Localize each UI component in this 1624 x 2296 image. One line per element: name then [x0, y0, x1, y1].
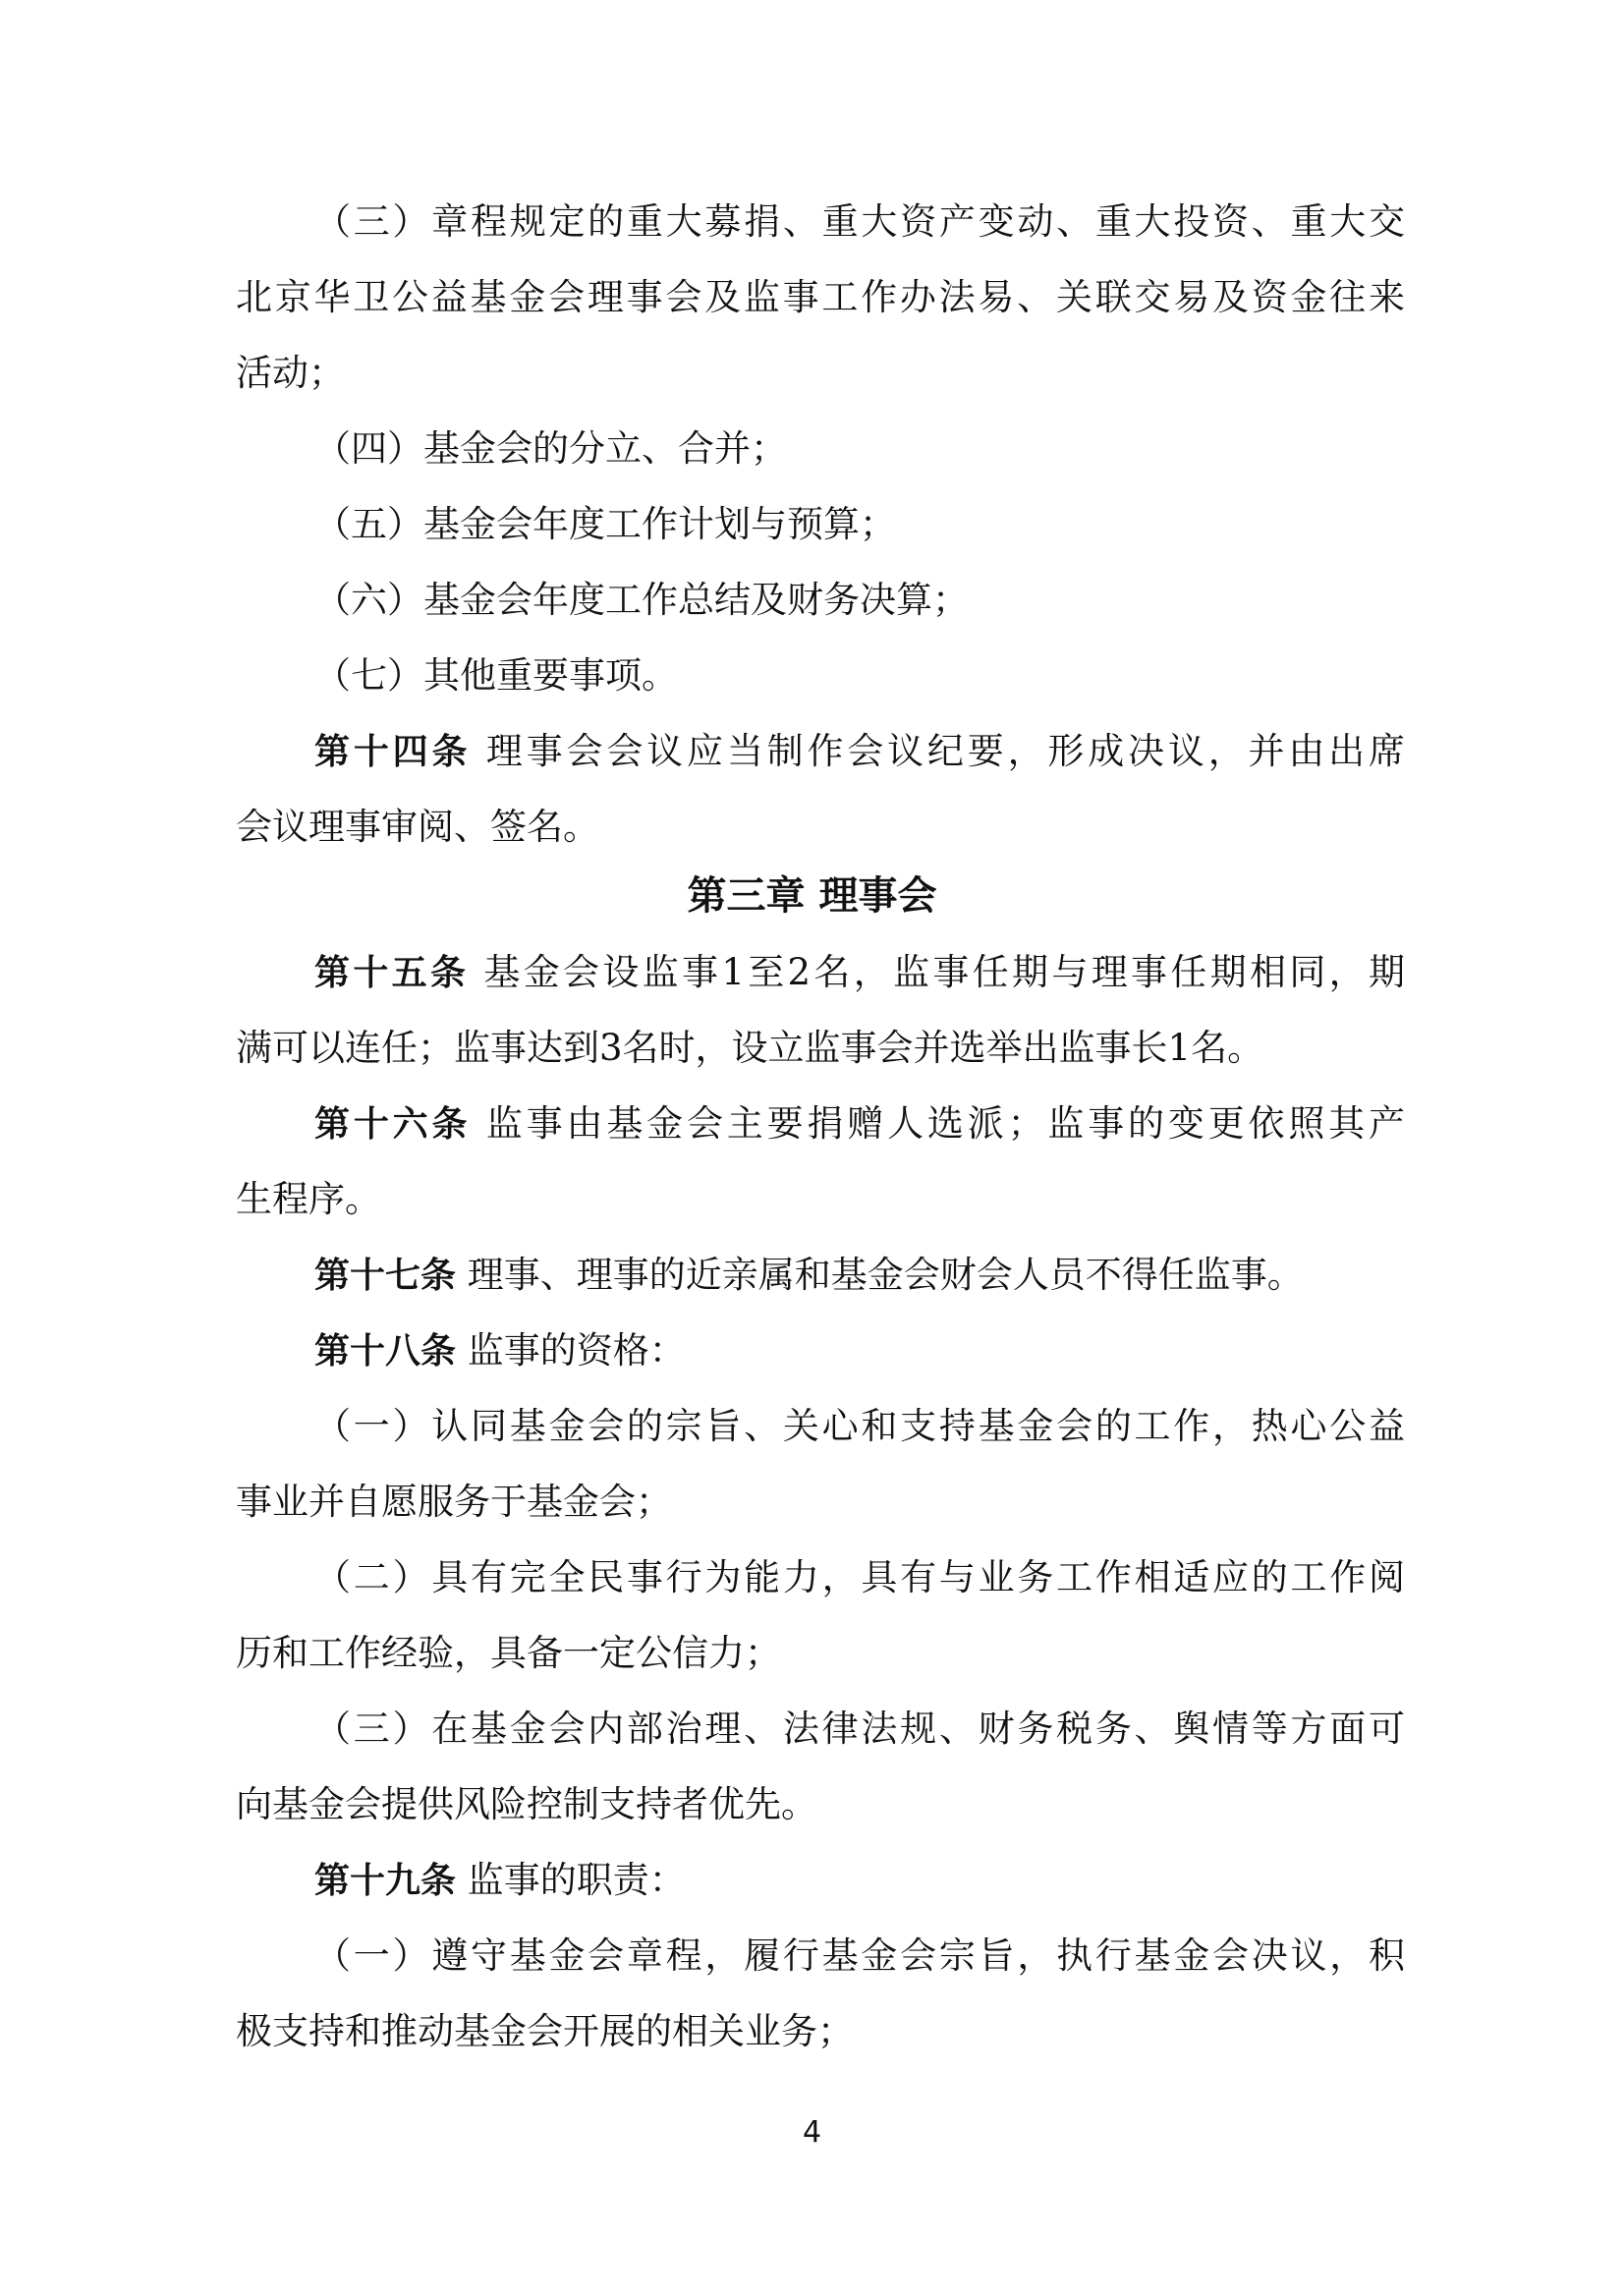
article-text: 基金会设监事1至2名，监事任期与理事任期相同，期	[469, 951, 1405, 993]
list-item: （一）认同基金会的宗旨、关心和支持基金会的工作，热心公益	[314, 1388, 1405, 1464]
paragraph-line: 北京华卫公益基金会理事会及监事工作办法易、关联交易及资金往来	[236, 259, 1405, 335]
list-item: （一）遵守基金会章程，履行基金会宗旨，执行基金会决议，积	[314, 1918, 1405, 1993]
article-text: 监事的资格：	[456, 1329, 686, 1372]
article-14: 第十四条 理事会会议应当制作会议纪要，形成决议，并由出席	[314, 713, 1405, 789]
paragraph-line: 会议理事审阅、签名。	[236, 789, 1405, 865]
article-text: 监事的职责：	[456, 1859, 686, 1901]
article-label: 第十五条	[314, 953, 469, 993]
article-label: 第十七条	[314, 1256, 456, 1296]
list-item: （三）在基金会内部治理、法律法规、财务税务、舆情等方面可	[314, 1691, 1405, 1766]
paragraph-line: 极支持和推动基金会开展的相关业务；	[236, 1993, 1405, 2069]
paragraph-line: 活动；	[236, 335, 1405, 411]
paragraph-line: 满可以连任；监事达到3名时，设立监事会并选举出监事长1名。	[236, 1010, 1405, 1086]
list-item: （五）基金会年度工作计划与预算；	[314, 486, 1405, 562]
article-label: 第十八条	[314, 1331, 456, 1372]
paragraph-line: 历和工作经验，具备一定公信力；	[236, 1615, 1405, 1691]
chapter-heading: 第三章 理事会	[0, 859, 1624, 934]
list-item: （七）其他重要事项。	[314, 638, 1405, 713]
paragraph-line: （三）章程规定的重大募捐、重大资产变动、重大投资、重大交	[314, 184, 1405, 259]
article-text: 理事会会议应当制作会议纪要，形成决议，并由出席	[471, 730, 1405, 772]
article-text: 理事、理事的近亲属和基金会财会人员不得任监事。	[456, 1254, 1304, 1296]
list-item: （四）基金会的分立、合并；	[314, 411, 1405, 486]
paragraph-line: 事业并自愿服务于基金会；	[236, 1464, 1405, 1540]
page-number: 4	[0, 2115, 1624, 2150]
article-label: 第十四条	[314, 732, 471, 772]
article-17: 第十七条 理事、理事的近亲属和基金会财会人员不得任监事。	[314, 1237, 1405, 1313]
document-page: （三）章程规定的重大募捐、重大资产变动、重大投资、重大交 北京华卫公益基金会理事…	[0, 0, 1624, 2296]
article-label: 第十九条	[314, 1861, 456, 1901]
article-label: 第十六条	[314, 1104, 471, 1145]
list-item: （六）基金会年度工作总结及财务决算；	[314, 562, 1405, 638]
paragraph-line: 生程序。	[236, 1161, 1405, 1237]
article-15: 第十五条 基金会设监事1至2名，监事任期与理事任期相同，期	[314, 934, 1405, 1010]
list-item: （二）具有完全民事行为能力，具有与业务工作相适应的工作阅	[314, 1540, 1405, 1615]
article-text: 监事由基金会主要捐赠人选派；监事的变更依照其产	[471, 1102, 1405, 1145]
article-16: 第十六条 监事由基金会主要捐赠人选派；监事的变更依照其产	[314, 1086, 1405, 1161]
article-19: 第十九条 监事的职责：	[314, 1842, 1405, 1918]
article-18: 第十八条 监事的资格：	[314, 1313, 1405, 1388]
paragraph-line: 向基金会提供风险控制支持者优先。	[236, 1766, 1405, 1842]
